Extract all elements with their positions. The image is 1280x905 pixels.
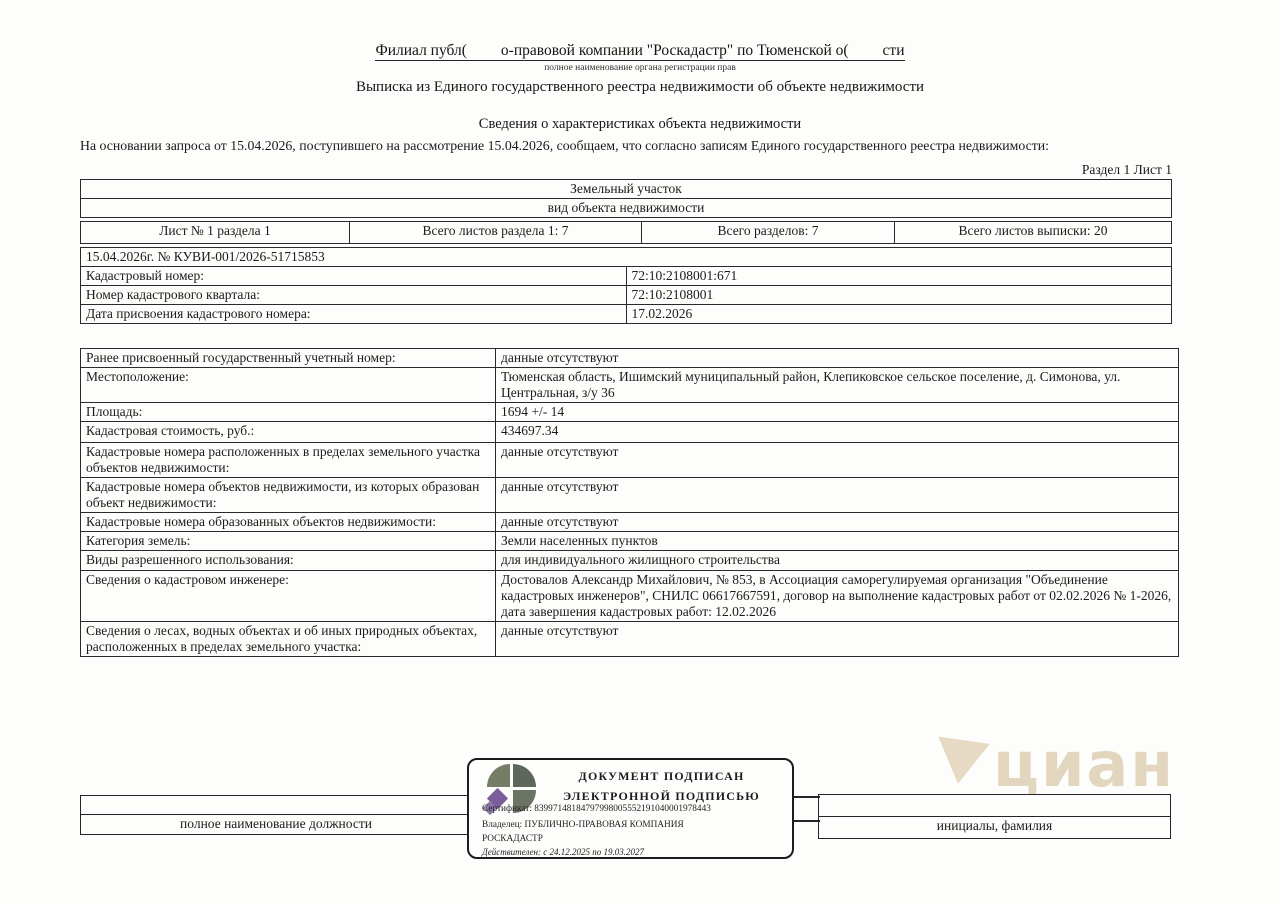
section-sheet-ref: Раздел 1 Лист 1 <box>872 162 1172 178</box>
row-value: 72:10:2108001:671 <box>626 267 1172 286</box>
row-label: Местоположение: <box>81 368 496 403</box>
position-caption: полное наименование должности <box>81 815 471 832</box>
sheet-info-cell: Всего листов раздела 1: 7 <box>350 222 642 244</box>
table-row: Категория земель: Земли населенных пункт… <box>81 532 1179 551</box>
row-value: 72:10:2108001 <box>626 286 1172 305</box>
cadastral-block: 15.04.2026г. № КУВИ-001/2026-51715853 Ка… <box>80 247 1172 324</box>
row-label: Кадастровый номер: <box>81 267 627 286</box>
table-row: Сведения о кадастровом инженере: Достова… <box>81 571 1179 622</box>
sheet-info-row: Лист № 1 раздела 1 Всего листов раздела … <box>80 221 1172 244</box>
row-label: Виды разрешенного использования: <box>81 551 496 571</box>
row-label: Сведения о лесах, водных объектах и об и… <box>81 622 496 657</box>
row-value: 1694 +/- 14 <box>496 403 1179 422</box>
row-label: Кадастровые номера образованных объектов… <box>81 513 496 532</box>
row-value: Тюменская область, Ишимский муниципальны… <box>496 368 1179 403</box>
row-label: Кадастровые номера расположенных в преде… <box>81 443 496 478</box>
table-row: Ранее присвоенный государственный учетны… <box>81 349 1179 368</box>
row-value: Земли населенных пунктов <box>496 532 1179 551</box>
row-value: данные отсутствуют <box>496 478 1179 513</box>
row-value: 434697.34 <box>496 422 1179 443</box>
object-header-table: Земельный участок вид объекта недвижимос… <box>80 179 1172 324</box>
watermark-text: циан <box>993 728 1175 801</box>
row-label: Сведения о кадастровом инженере: <box>81 571 496 622</box>
watermark-pin-icon <box>932 736 990 787</box>
table-row: Площадь: 1694 +/- 14 <box>81 403 1179 422</box>
org-name-part2: о-правовой компании "Роскадастр" по Тюме… <box>501 42 849 59</box>
table-row: Виды разрешенного использования: для инд… <box>81 551 1179 571</box>
details-table: Ранее присвоенный государственный учетны… <box>80 348 1179 657</box>
table-row: Местоположение: Тюменская область, Ишимс… <box>81 368 1179 403</box>
signature-line <box>819 795 1170 817</box>
table-row: Сведения о лесах, водных объектах и об и… <box>81 622 1179 657</box>
row-label: Ранее присвоенный государственный учетны… <box>81 349 496 368</box>
document-title: Выписка из Единого государственного реес… <box>0 79 1280 96</box>
row-value: данные отсутствуют <box>496 513 1179 532</box>
table-row: Кадастровые номера образованных объектов… <box>81 513 1179 532</box>
row-value: данные отсутствуют <box>496 622 1179 657</box>
org-name-part1: Филиал публ( <box>375 42 466 59</box>
row-value: Достовалов Александр Михайлович, № 853, … <box>496 571 1179 622</box>
object-type-box: Земельный участок вид объекта недвижимос… <box>80 179 1172 218</box>
name-caption: инициалы, фамилия <box>819 817 1170 834</box>
row-label: Кадастровая стоимость, руб.: <box>81 422 496 443</box>
stamp-owner-line2: РОСКАДАСТР <box>482 834 782 844</box>
table-row: Кадастровые номера расположенных в преде… <box>81 443 1179 478</box>
row-value: 17.02.2026 <box>626 305 1172 324</box>
stamp-title-line2: ЭЛЕКТРОННОЙ ПОДПИСЬЮ <box>539 789 784 804</box>
row-label: Номер кадастрового квартала: <box>81 286 627 305</box>
request-basis-line: На основании запроса от 15.04.2026, пост… <box>80 138 1180 154</box>
signature-name-box: инициалы, фамилия <box>818 794 1171 839</box>
object-type-caption: вид объекта недвижимости <box>81 199 1172 218</box>
sheet-info-cell: Всего разделов: 7 <box>642 222 895 244</box>
object-type: Земельный участок <box>81 180 1172 199</box>
table-row: Кадастровые номера объектов недвижимости… <box>81 478 1179 513</box>
stamp-title-line1: ДОКУМЕНТ ПОДПИСАН <box>539 769 784 784</box>
sheet-info-cell: Лист № 1 раздела 1 <box>81 222 350 244</box>
digital-signature-stamp: ДОКУМЕНТ ПОДПИСАН ЭЛЕКТРОННОЙ ПОДПИСЬЮ С… <box>467 758 794 859</box>
table-row: Кадастровая стоимость, руб.: 434697.34 <box>81 422 1179 443</box>
stamp-certificate: Сертификат: 8399714818479799800555219104… <box>482 804 782 814</box>
row-label: Кадастровые номера объектов недвижимости… <box>81 478 496 513</box>
section-title: Сведения о характеристиках объекта недви… <box>0 116 1280 133</box>
row-label: Дата присвоения кадастрового номера: <box>81 305 627 324</box>
row-value: данные отсутствуют <box>496 349 1179 368</box>
stamp-owner-line1: Владелец: ПУБЛИЧНО-ПРАВОВАЯ КОМПАНИЯ <box>482 820 782 830</box>
row-label: Площадь: <box>81 403 496 422</box>
sheet-info-cell: Всего листов выписки: 20 <box>895 222 1172 244</box>
row-label: Категория земель: <box>81 532 496 551</box>
signature-position-box: полное наименование должности <box>80 795 471 835</box>
row-value: данные отсутствуют <box>496 443 1179 478</box>
org-name-line: Филиал публ(о-правовой компании "Роскада… <box>0 42 1280 60</box>
cian-watermark: циан <box>935 728 1175 801</box>
request-number: 15.04.2026г. № КУВИ-001/2026-51715853 <box>81 248 1172 267</box>
org-name-part3: сти <box>883 42 905 59</box>
org-name-caption: полное наименование органа регистрации п… <box>0 63 1280 73</box>
signature-line <box>81 796 471 815</box>
stamp-validity: Действителен: с 24.12.2025 по 19.03.2027 <box>482 847 782 857</box>
row-value: для индивидуального жилищного строительс… <box>496 551 1179 571</box>
